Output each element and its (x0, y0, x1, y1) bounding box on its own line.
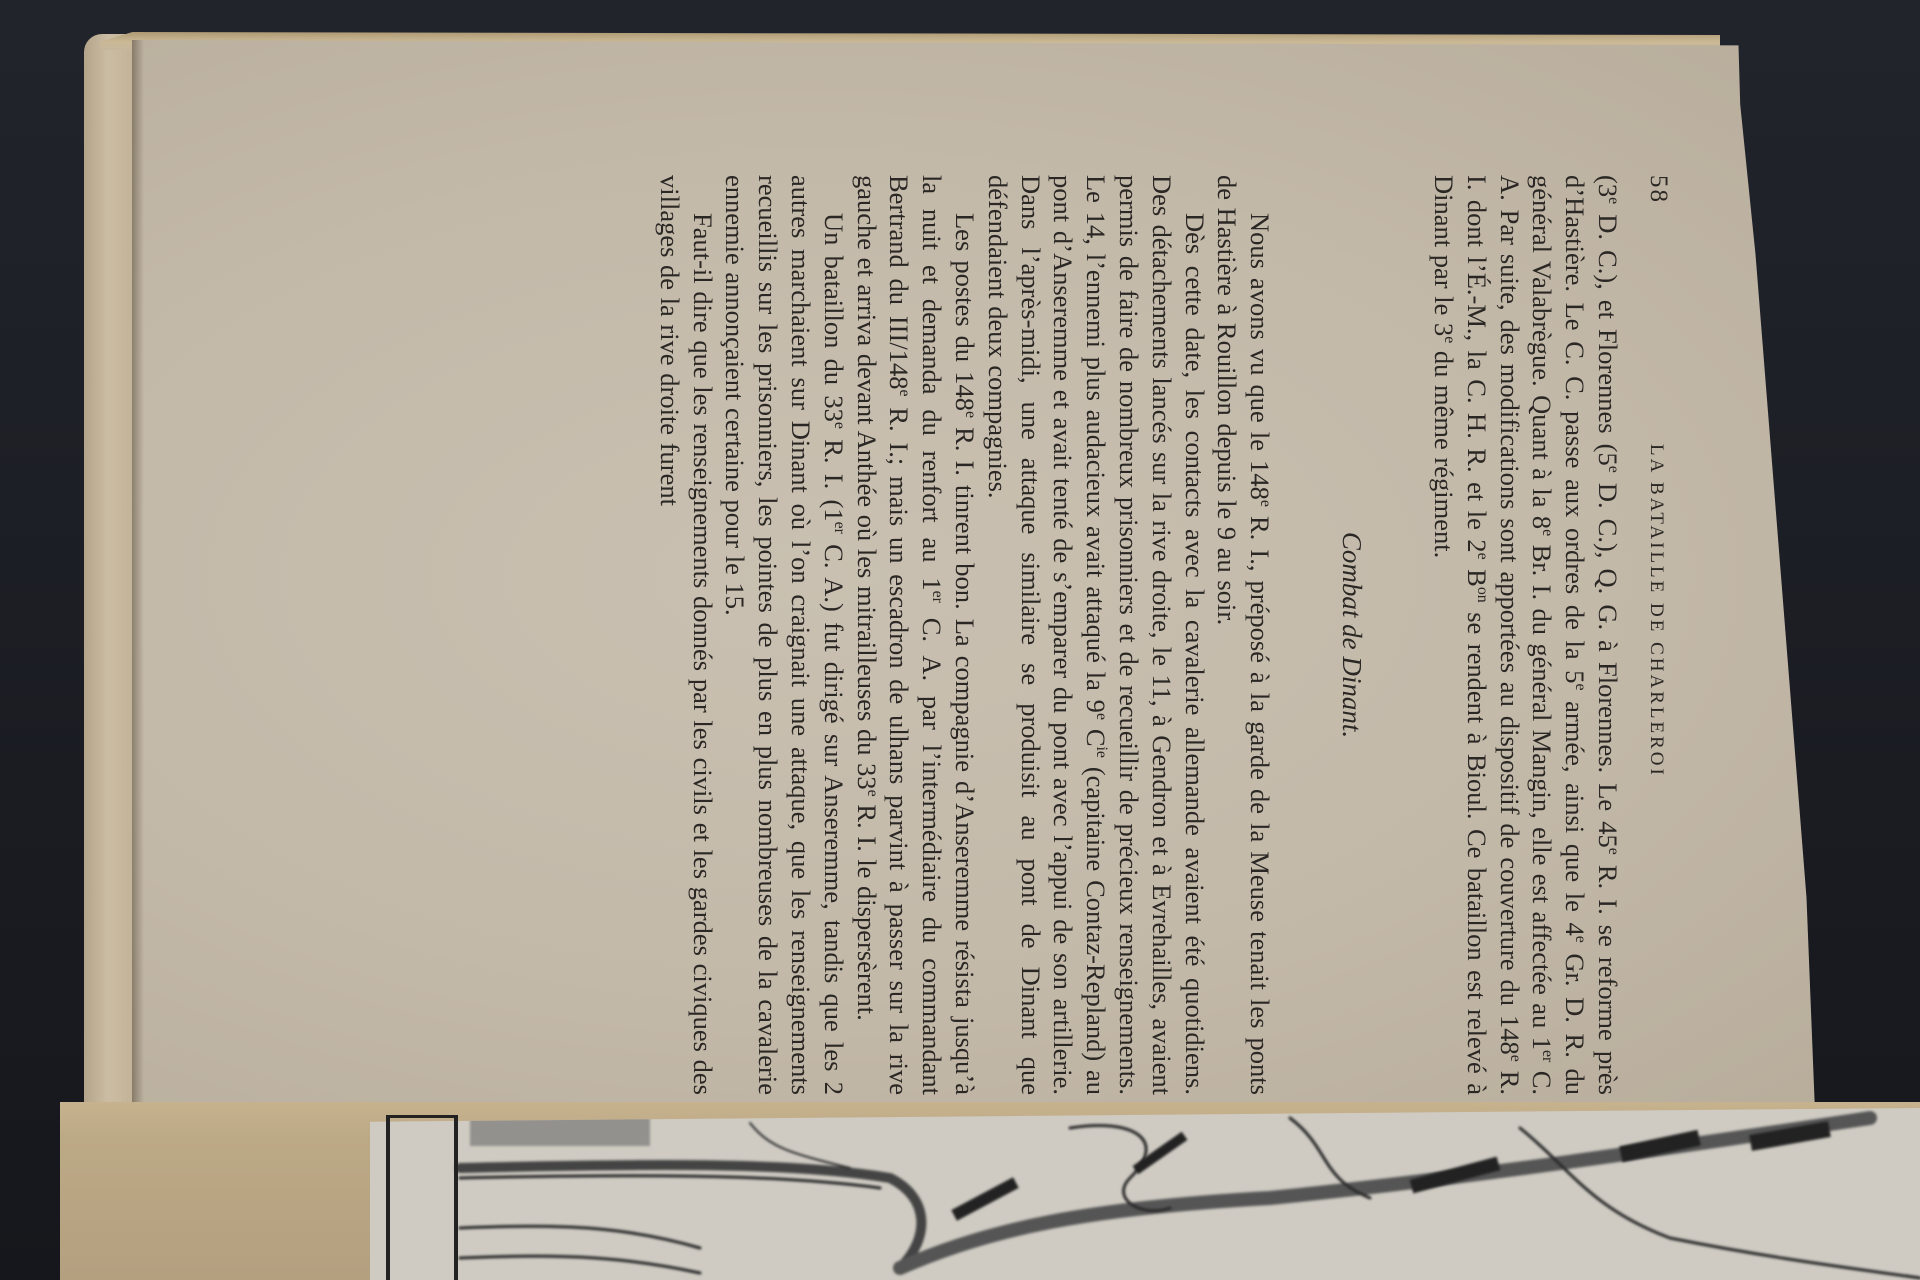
map-sheet (370, 1108, 1920, 1280)
paragraph: Dès cette date, les contacts avec la cav… (981, 175, 1211, 1095)
running-head-title: LA BATAILLE DE CHARLEROI (1645, 444, 1667, 778)
paragraph: Les postes du 148e R. I. tinrent bon. La… (850, 175, 981, 1095)
paragraph: Faut-il dire que les renseignements donn… (653, 175, 719, 1095)
page-number: 58 (1644, 175, 1672, 204)
section-title: Combat de Dinant. (1336, 175, 1367, 1095)
paragraph: Nous avons vu que le 148e R. I., préposé… (1211, 175, 1277, 1095)
section-paragraphs: Nous avons vu que le 148e R. I., préposé… (653, 175, 1276, 1095)
paragraph: Un bataillon du 33e R. I. (1er C. A.) fu… (719, 175, 850, 1095)
page-text-region: 58 LA BATAILLE DE CHARLEROI (3e D. C.), … (302, 175, 1672, 1095)
map-title-frame (386, 1115, 458, 1280)
running-head: 58 LA BATAILLE DE CHARLEROI (1624, 175, 1672, 1095)
paragraph: (3e D. C.), et Florennes (5e D. C.), Q. … (1427, 175, 1624, 1095)
paragraphs-before-section: (3e D. C.), et Florennes (5e D. C.), Q. … (1427, 175, 1624, 1095)
map-drawing-icon (370, 1108, 1920, 1280)
rotated-text-block: 58 LA BATAILLE DE CHARLEROI (3e D. C.), … (302, 175, 1672, 1095)
